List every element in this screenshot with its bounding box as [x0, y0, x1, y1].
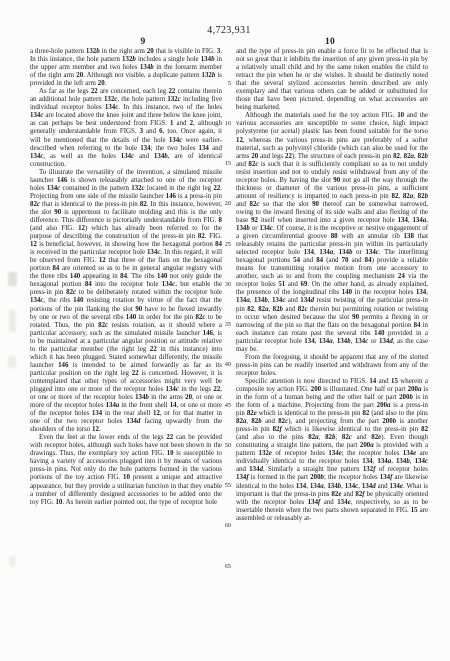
scan-artifact — [8, 272, 17, 286]
left-column: a three-hole pattern 132b in the right a… — [30, 48, 222, 507]
line-number: 30 — [225, 281, 231, 289]
scan-artifact — [9, 310, 16, 332]
line-number-gutter: 5101520253035404550556065 — [220, 48, 232, 608]
paragraph: From the foregoing, it should be apparen… — [236, 354, 428, 378]
line-number: 65 — [225, 563, 231, 571]
line-number: 10 — [225, 120, 231, 128]
paragraph: and the type of press-in pin enable a fo… — [236, 48, 428, 112]
line-number: 25 — [225, 241, 231, 249]
paragraph: To illustrate the versatility of the inv… — [30, 169, 222, 435]
line-number: 5 — [228, 80, 231, 88]
patent-page: 4,723,931 9 10 a three-hole pattern 132b… — [0, 0, 450, 661]
line-number: 35 — [225, 321, 231, 329]
paragraph: a three-hole pattern 132b in the right a… — [30, 48, 222, 88]
column-number-right: 10 — [318, 37, 342, 47]
paragraph: As far as the legs 22 are concerned, eac… — [30, 88, 222, 168]
scan-artifact — [9, 556, 16, 566]
right-column: and the type of press-in pin enable a fo… — [236, 48, 428, 523]
line-number: 40 — [225, 361, 231, 369]
patent-number: 4,723,931 — [30, 25, 428, 36]
line-number: 20 — [225, 200, 231, 208]
line-number: 15 — [225, 160, 231, 168]
paragraph: Even the feet at the lower ends of the l… — [30, 434, 222, 506]
line-number: 45 — [225, 402, 231, 410]
scan-artifact — [8, 356, 16, 368]
line-number: 60 — [225, 522, 231, 530]
line-number: 50 — [225, 442, 231, 450]
column-number-left: 9 — [131, 37, 155, 47]
paragraph: Although the materials used for the toy … — [236, 112, 428, 353]
line-number: 55 — [225, 482, 231, 490]
paragraph: Specific attention is now directed to FI… — [236, 378, 428, 523]
